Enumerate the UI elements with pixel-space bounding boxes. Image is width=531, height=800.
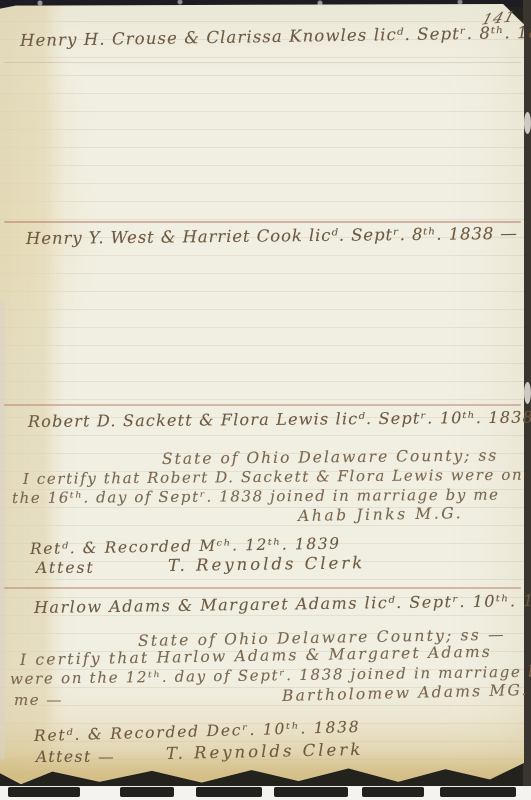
gutter-highlight — [524, 112, 531, 134]
page-edge-fragment — [8, 787, 80, 797]
county-heading: State of Ohio Delaware County; ss — [162, 446, 499, 468]
certificate-text-line: me — — [14, 691, 63, 709]
page-edge-fragment — [440, 787, 516, 797]
page-edge-fragment — [362, 787, 424, 797]
gutter-highlight — [524, 382, 531, 404]
ledger-scan: 141 Henry H. Crouse & Clarissa Knowles l… — [0, 0, 531, 800]
section-divider-line — [4, 62, 521, 63]
minister-signature: Ahab Jinks M.G. — [298, 504, 464, 525]
section-divider-line — [4, 587, 521, 589]
page-edge-fragment — [120, 787, 174, 797]
section-divider-line — [4, 404, 521, 406]
section-divider-line — [4, 221, 521, 223]
attest-label: Attest — — [36, 748, 115, 766]
page-edge-fragment — [274, 787, 348, 797]
clerk-signature: T. Reynolds Clerk — [168, 553, 365, 575]
attest-label: Attest — [36, 559, 95, 577]
page-edge-fragment — [196, 787, 262, 797]
page-edge-left — [0, 300, 5, 760]
